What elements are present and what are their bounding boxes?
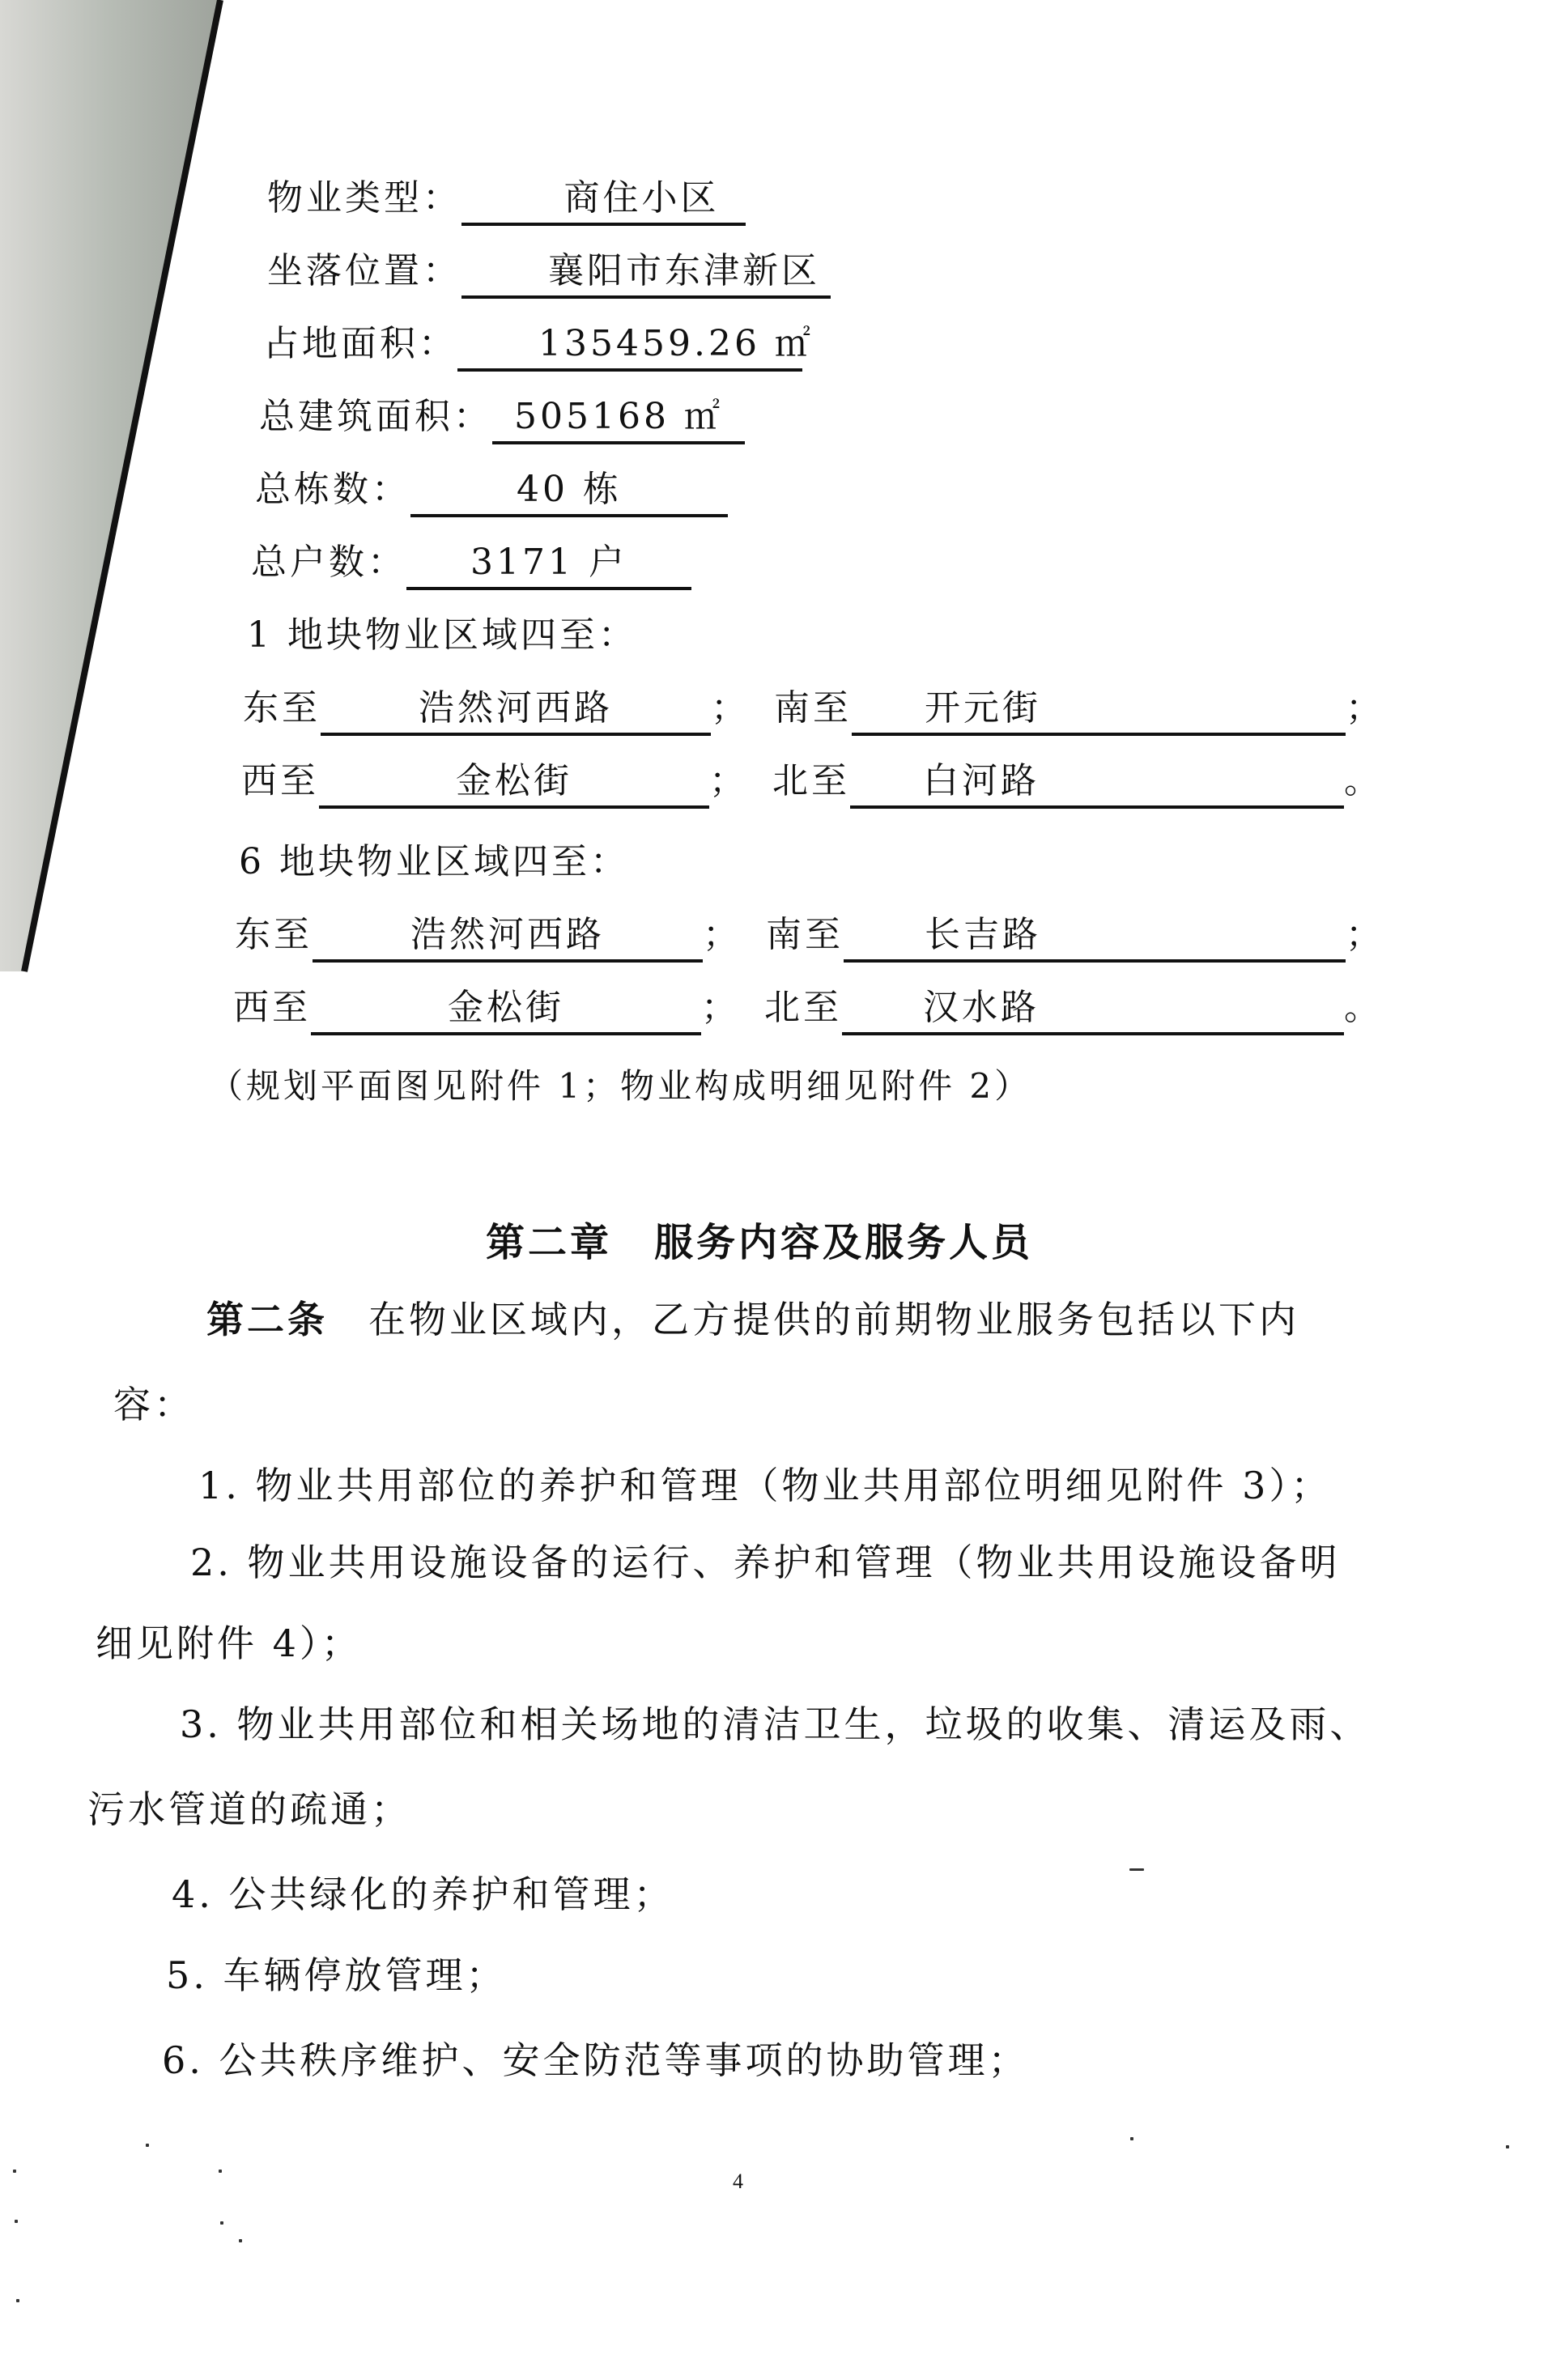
article-text: 在物业区域内，乙方提供的前期物业服务包括以下内 <box>368 1298 1299 1341</box>
scan-speck <box>15 2220 18 2223</box>
buildings-row: 总栋数：40 栋 <box>255 465 728 517</box>
attachment-note: （规划平面图见附件 1；物业构成明细见附件 2） <box>209 1062 1031 1111</box>
location-label: 坐落位置： <box>267 247 461 295</box>
plot1-west-end: ； <box>709 760 748 801</box>
page-number: 4 <box>733 2170 743 2194</box>
article-label: 第二条 <box>206 1298 328 1341</box>
households-row: 总户数：3171 户 <box>251 538 691 590</box>
scan-speck <box>146 2144 149 2147</box>
service-item-5: 5. 车辆停放管理； <box>166 1951 507 2000</box>
service-item-6: 6. 公共秩序维护、安全防范等事项的协助管理； <box>162 2036 1029 2085</box>
plot6-north-label: 北至 <box>764 987 842 1028</box>
buildings-label: 总栋数： <box>255 465 410 514</box>
plot1-east-end: ； <box>711 687 750 729</box>
building-area-label: 总建筑面积： <box>259 393 492 441</box>
plot6-north-end: 。 <box>1344 987 1383 1028</box>
plot1-west-value: 金松街 <box>319 757 709 809</box>
scan-speck <box>1506 2145 1509 2148</box>
plot6-title: 6 地块物业区域四至： <box>239 838 629 886</box>
scan-speck <box>13 2170 16 2173</box>
scan-speck <box>16 2299 19 2302</box>
service-item-2-cont: 细见附件 4）； <box>96 1619 362 1668</box>
land-area-value: 135459.26 ㎡ <box>457 320 802 372</box>
plot6-row1: 东至浩然河西路； 南至长吉路； <box>235 911 1384 963</box>
location-value: 襄阳市东津新区 <box>461 247 831 299</box>
plot6-north-value: 汉水路 <box>842 984 1344 1035</box>
plot1-row1: 东至浩然河西路； 南至开元街； <box>243 684 1384 736</box>
land-area-label: 占地面积： <box>263 320 457 368</box>
plot1-north-end: 。 <box>1344 760 1383 801</box>
households-label: 总户数： <box>251 538 406 587</box>
location-row: 坐落位置：襄阳市东津新区 <box>267 247 831 299</box>
plot6-west-end: ； <box>701 987 740 1028</box>
land-area-row: 占地面积：135459.26 ㎡ <box>263 320 802 372</box>
plot6-east-end: ； <box>703 914 742 955</box>
plot6-west-label: 西至 <box>233 987 311 1028</box>
property-type-row: 物业类型：商住小区 <box>267 174 746 226</box>
plot1-south-value: 开元街 <box>852 684 1346 736</box>
plot1-row2: 西至金松街； 北至白河路。 <box>241 757 1383 809</box>
scan-speck <box>219 2170 222 2173</box>
document-page: 物业类型：商住小区 坐落位置：襄阳市东津新区 占地面积：135459.26 ㎡ … <box>0 0 1548 2380</box>
property-type-value: 商住小区 <box>461 174 746 226</box>
service-item-4: 4. 公共绿化的养护和管理； <box>172 1870 674 1919</box>
chapter-title: 第二章 服务内容及服务人员 <box>486 1218 1033 1267</box>
households-value: 3171 户 <box>406 538 691 590</box>
building-area-row: 总建筑面积：505168 ㎡ <box>259 393 745 444</box>
building-area-value: 505168 ㎡ <box>492 393 745 444</box>
service-item-2: 2. 物业共用设施设备的运行、养护和管理（物业共用设施设备明 <box>190 1538 1341 1587</box>
plot6-east-label: 东至 <box>235 914 313 955</box>
scan-speck <box>220 2221 223 2225</box>
service-item-1: 1. 物业共用部位的养护和管理（物业共用部位明细见附件 3）； <box>198 1461 1331 1510</box>
plot1-north-value: 白河路 <box>850 757 1344 809</box>
plot1-east-value: 浩然河西路 <box>321 684 711 736</box>
service-item-3: 3. 物业共用部位和相关场地的清洁卫生，垃圾的收集、清运及雨、 <box>180 1700 1371 1749</box>
plot6-south-label: 南至 <box>766 914 844 955</box>
scan-speck <box>1130 2137 1133 2140</box>
plot1-north-label: 北至 <box>772 760 850 801</box>
scan-speck <box>239 2239 242 2242</box>
plot6-south-value: 长吉路 <box>844 911 1346 963</box>
buildings-value: 40 栋 <box>410 465 728 517</box>
scan-speck <box>1129 1868 1144 1871</box>
plot1-west-label: 西至 <box>241 760 319 801</box>
article-2-line1: 第二条在物业区域内，乙方提供的前期物业服务包括以下内 <box>206 1295 1299 1344</box>
plot1-south-end: ； <box>1346 687 1384 729</box>
plot1-title: 1 地块物业区域四至： <box>247 611 637 660</box>
property-type-label: 物业类型： <box>267 174 461 223</box>
plot1-south-label: 南至 <box>774 687 852 729</box>
plot6-west-value: 金松街 <box>311 984 701 1035</box>
service-item-3-cont: 污水管道的疏通； <box>87 1785 411 1834</box>
plot6-row2: 西至金松街； 北至汉水路。 <box>233 984 1383 1035</box>
plot6-south-end: ； <box>1346 914 1384 955</box>
plot6-east-value: 浩然河西路 <box>313 911 703 963</box>
plot1-east-label: 东至 <box>243 687 321 729</box>
article-2-line2: 容： <box>113 1380 194 1429</box>
